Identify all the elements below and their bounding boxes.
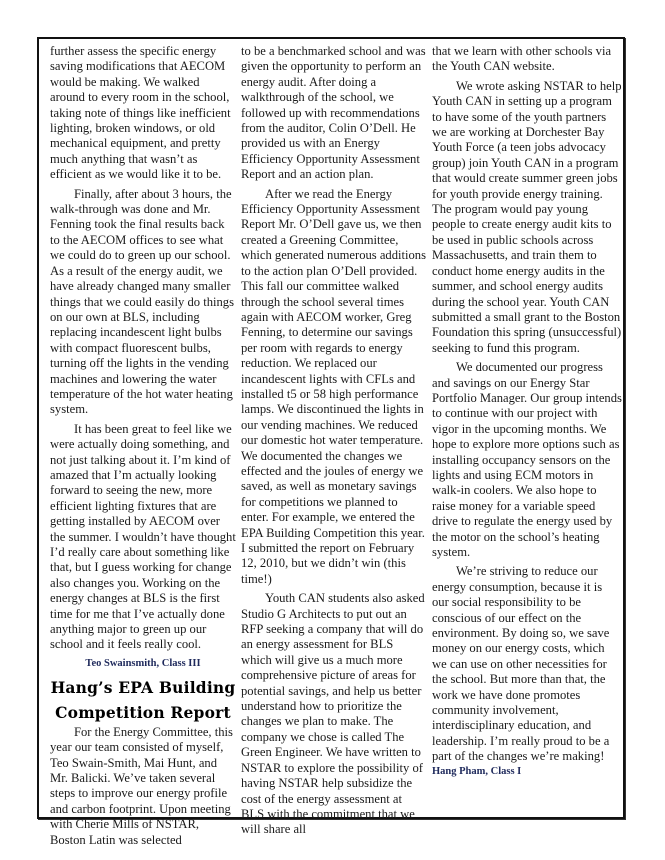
article-headline-line-1: Hang’s EPA Building [50, 675, 236, 700]
article-headline-line-2: Competition Report [50, 700, 236, 725]
byline-teo-swainsmith: Teo Swainsmith, Class III [50, 657, 236, 671]
paragraph: to be a benchmarked school and was given… [241, 44, 427, 183]
paragraph: It has been great to feel like we were a… [50, 422, 236, 653]
paragraph: further assess the specific energy savin… [50, 44, 236, 183]
paragraph: We documented our progress and savings o… [432, 360, 622, 560]
paragraph: Youth CAN students also asked Studio G A… [241, 591, 427, 838]
column-2: to be a benchmarked school and was given… [241, 44, 427, 842]
byline-hang-pham: Hang Pham, Class I [432, 765, 622, 779]
column-1: further assess the specific energy savin… [50, 44, 236, 852]
paragraph: Finally, after about 3 hours, the walk-t… [50, 187, 236, 418]
paragraph: We’re striving to reduce our energy cons… [432, 564, 622, 764]
paragraph: After we read the Energy Efficiency Oppo… [241, 187, 427, 588]
column-3: that we learn with other schools via the… [432, 44, 622, 779]
paragraph: We wrote asking NSTAR to help Youth CAN … [432, 79, 622, 356]
article-intro-paragraph: For the Energy Committee, this year our … [50, 725, 236, 848]
paragraph: that we learn with other schools via the… [432, 44, 622, 75]
